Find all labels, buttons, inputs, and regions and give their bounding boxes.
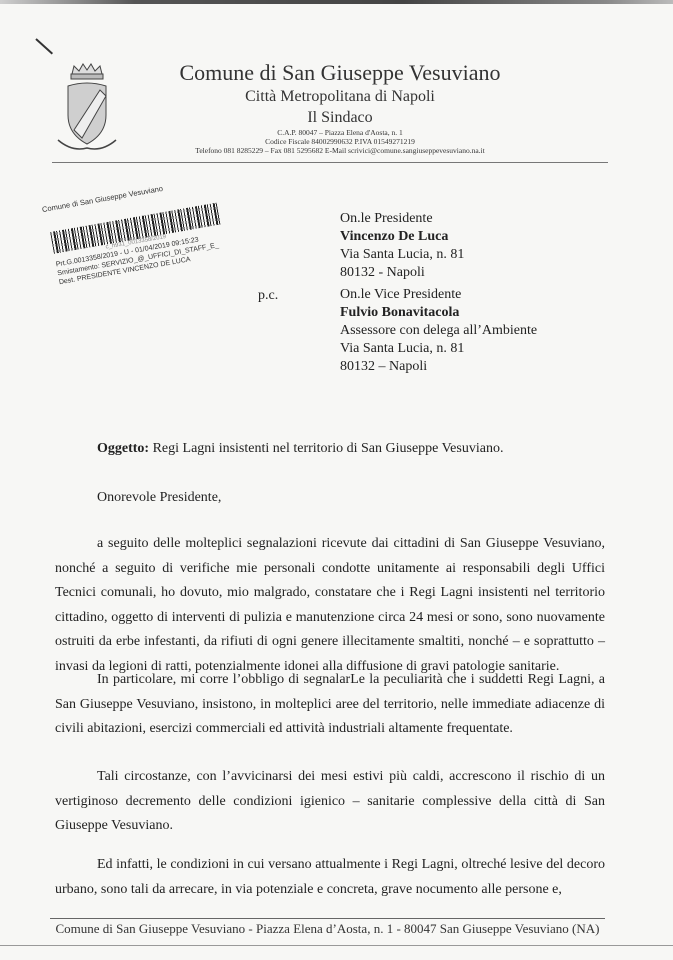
office-title: Il Sindaco [150, 108, 530, 128]
cc-recipient-city: 80132 – Napoli [340, 358, 537, 376]
footer-divider [50, 918, 605, 919]
body-paragraph-1: a seguito delle molteplici segnalazioni … [55, 532, 605, 680]
cc-recipient-street: Via Santa Lucia, n. 81 [340, 340, 537, 358]
protocol-stamp: Comune di San Giuseppe Vesuviano c_h931_… [36, 160, 270, 297]
stamp-title: Comune di San Giuseppe Vesuviano [41, 184, 163, 214]
municipal-crest-icon [52, 60, 122, 160]
fiscal-line: Codice Fiscale 84002990632 P.IVA 0154927… [150, 137, 530, 146]
address-line: C.A.P. 80047 – Piazza Elena d'Aosta, n. … [150, 128, 530, 137]
header-divider [52, 162, 608, 163]
salutation: Onorevole Presidente, [97, 490, 221, 506]
page-bottom-edge [0, 945, 673, 946]
contact-line: Telefono 081 8285229 – Fax 081 5295682 E… [150, 146, 530, 155]
cc-label: p.c. [258, 288, 278, 304]
cc-recipient-block: On.le Vice Presidente Fulvio Bonavitacol… [340, 286, 537, 376]
cc-recipient-role: Assessore con delega all’Ambiente [340, 322, 537, 340]
recipient-name: Vincenzo De Luca [340, 229, 448, 244]
footer-address: Comune di San Giuseppe Vesuviano - Piazz… [50, 921, 605, 937]
cc-recipient-name: Fulvio Bonavitacola [340, 305, 459, 320]
recipient-city: 80132 - Napoli [340, 264, 464, 282]
recipient-street: Via Santa Lucia, n. 81 [340, 246, 464, 264]
cc-recipient-title: On.le Vice Presidente [340, 286, 537, 304]
recipient-title: On.le Presidente [340, 210, 464, 228]
pen-mark [35, 38, 53, 54]
letterhead: Comune di San Giuseppe Vesuviano Città M… [150, 60, 530, 155]
subject-label: Oggetto: [97, 441, 149, 456]
subject-line: Oggetto: Regi Lagni insistenti nel terri… [97, 441, 503, 457]
body-paragraph-2: In particolare, mi corre l’obbligo di se… [55, 668, 605, 742]
municipality-name: Comune di San Giuseppe Vesuviano [150, 60, 530, 86]
metro-city: Città Metropolitana di Napoli [150, 86, 530, 108]
subject-text: Regi Lagni insistenti nel territorio di … [149, 441, 503, 456]
scan-top-edge [0, 0, 673, 4]
recipient-block: On.le Presidente Vincenzo De Luca Via Sa… [340, 210, 464, 282]
body-paragraph-4: Ed infatti, le condizioni in cui versano… [55, 853, 605, 902]
body-paragraph-3: Tali circostanze, con l’avvicinarsi dei … [55, 765, 605, 839]
